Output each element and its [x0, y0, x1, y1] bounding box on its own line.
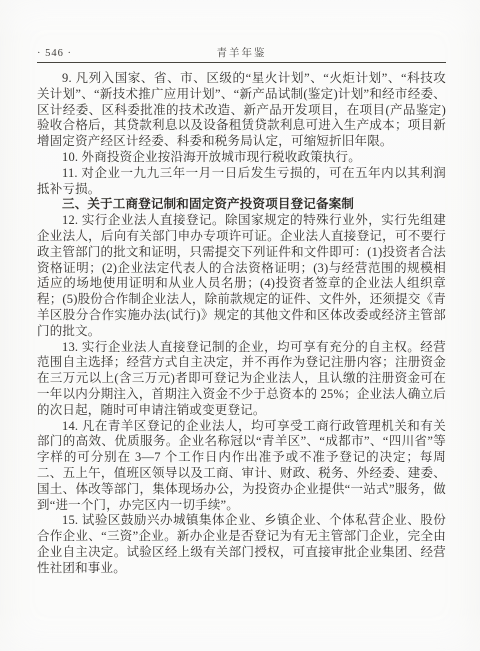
paragraph: 12. 实行企业法人直接登记。除国家规定的特殊行业外，实行先组建企业法人，后向有… — [37, 213, 446, 339]
book-title: 青羊年鉴 — [37, 47, 446, 61]
paragraph: 13. 实行企业法人直接登记制的企业，均可享有充分的自主权。经营范围自主选择；经… — [37, 340, 446, 419]
paragraph: 11. 对企业一九九三年一月一日后发生亏损的，可在五年内以其利润抵补亏损。 — [37, 166, 446, 198]
section-heading: 三、关于工商登记制和固定资产投资项目登记备案制 — [37, 197, 446, 213]
paragraph: 14. 凡在青羊区登记的企业法人，均可享受工商行政管理机关和有关部门的高效、优质… — [37, 419, 446, 514]
paragraph: 10. 外商投资企业按沿海开放城市现行税收政策执行。 — [37, 150, 446, 166]
scanned-book-page: · 546 · 青羊年鉴 9. 凡列入国家、省、市、区级的“星火计划”、“火炬计… — [0, 0, 480, 651]
header-rule — [37, 62, 446, 63]
paragraph: 9. 凡列入国家、省、市、区级的“星火计划”、“火炬计划”、“科技攻关计划”、“… — [37, 71, 446, 150]
running-header: · 546 · 青羊年鉴 — [37, 47, 446, 61]
body-text: 9. 凡列入国家、省、市、区级的“星火计划”、“火炬计划”、“科技攻关计划”、“… — [37, 71, 446, 577]
paragraph: 15. 试验区鼓励兴办城镇集体企业、乡镇企业、个体私营企业、股份合作企业、“三资… — [37, 513, 446, 576]
